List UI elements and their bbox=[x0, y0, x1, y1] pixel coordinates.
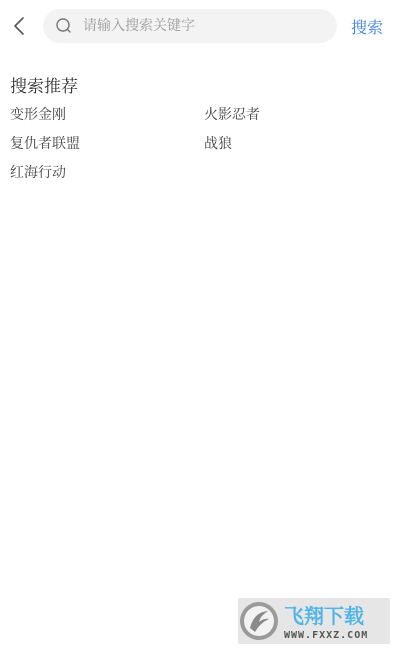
watermark-logo: 飞翔下载 WWW.FXXZ.COM bbox=[238, 598, 390, 644]
recommendation-item[interactable]: 变形金刚 bbox=[10, 104, 66, 124]
search-input[interactable] bbox=[81, 17, 325, 35]
watermark-url: WWW.FXXZ.COM bbox=[284, 630, 368, 641]
recommendation-item[interactable]: 战狼 bbox=[204, 133, 232, 153]
top-bar: 搜索 bbox=[0, 0, 400, 52]
chevron-left-icon bbox=[8, 12, 32, 40]
recommendation-item[interactable]: 复仇者联盟 bbox=[10, 133, 80, 153]
recommendation-item[interactable]: 红海行动 bbox=[10, 162, 66, 182]
back-button[interactable] bbox=[8, 12, 32, 40]
search-box[interactable] bbox=[43, 9, 337, 43]
search-icon bbox=[55, 17, 73, 35]
section-title: 搜索推荐 bbox=[10, 72, 78, 97]
search-button[interactable]: 搜索 bbox=[351, 15, 383, 38]
watermark-title: 飞翔下载 bbox=[284, 604, 364, 628]
recommendation-item[interactable]: 火影忍者 bbox=[204, 104, 260, 124]
